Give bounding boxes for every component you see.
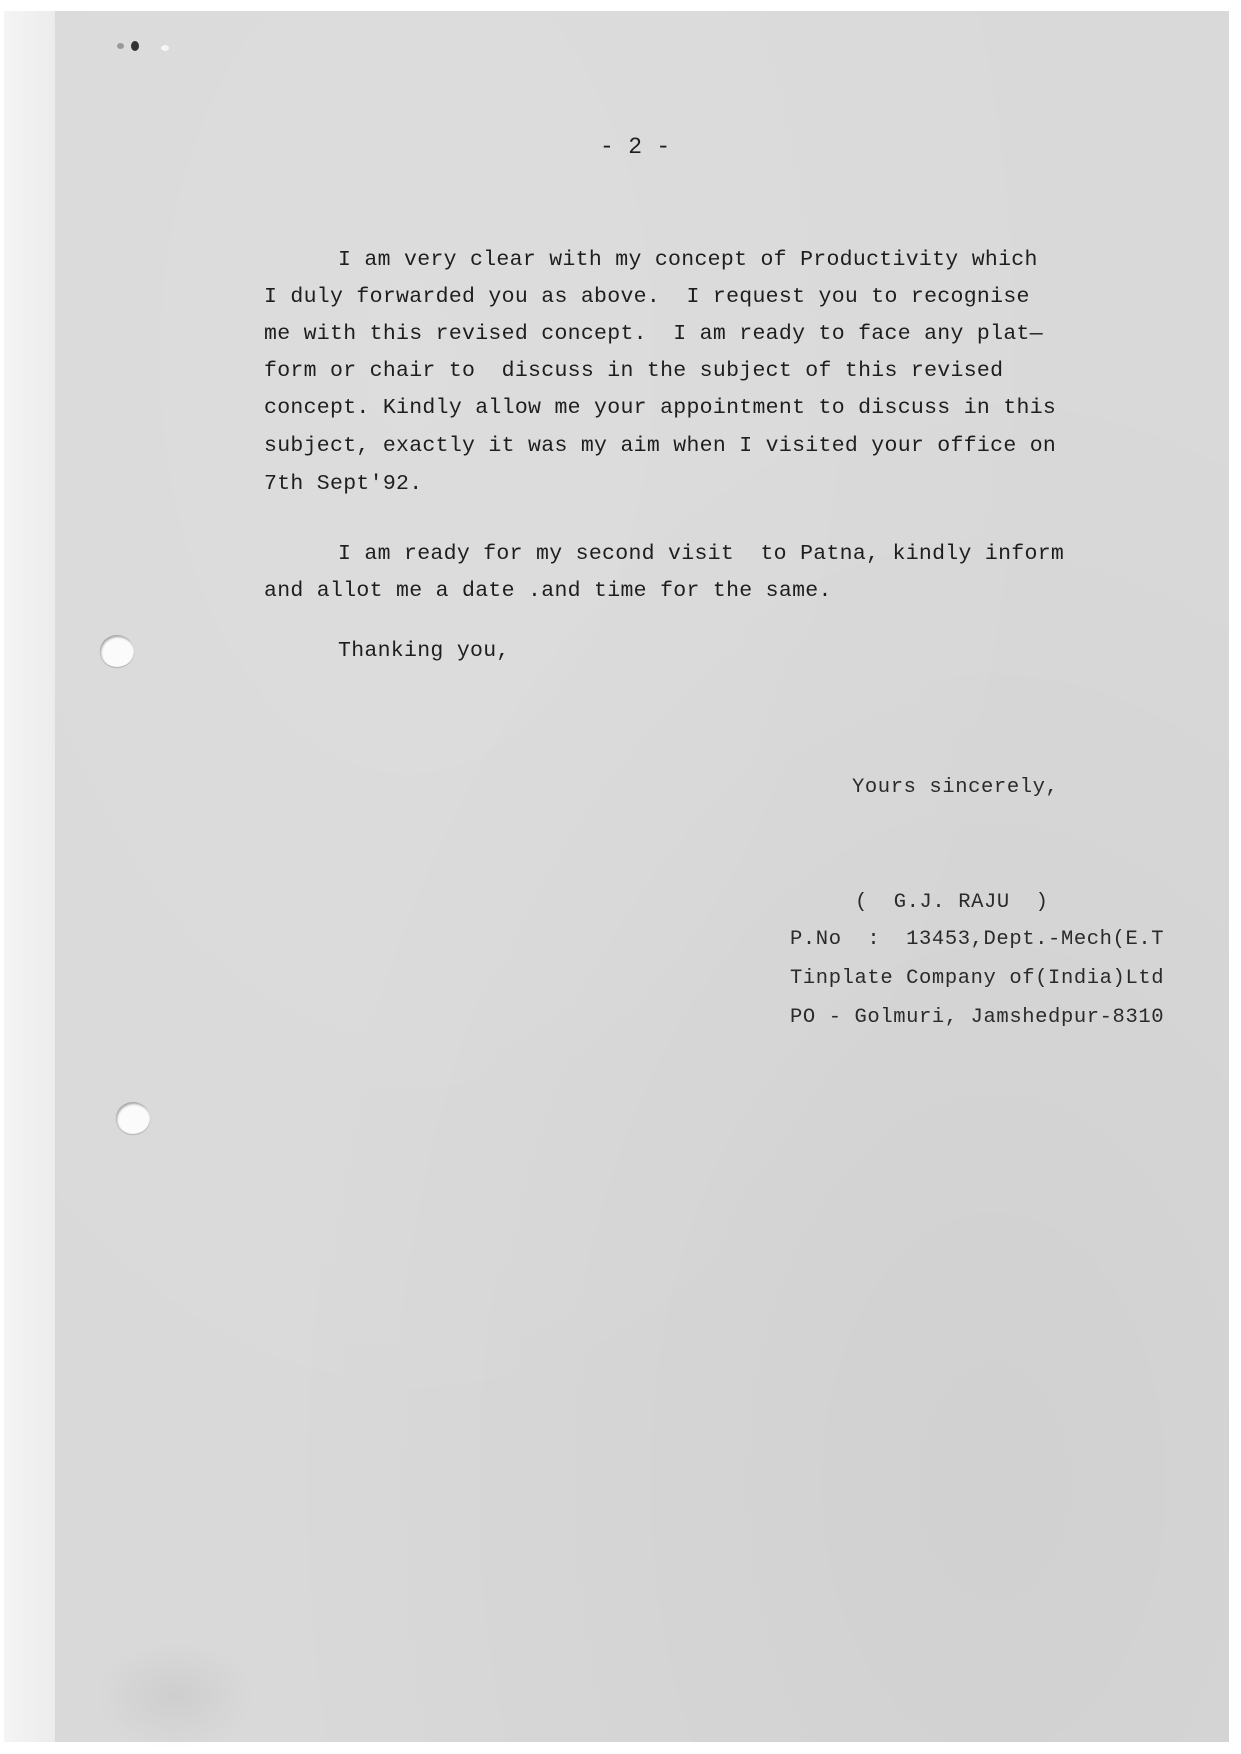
- punch-hole-top: [100, 635, 134, 667]
- page-number: - 2 -: [600, 136, 671, 159]
- staple-marks: [83, 31, 203, 61]
- paragraph-1-line: I duly forwarded you as above. I request…: [264, 287, 1030, 309]
- paragraph-1-line: form or chair to discuss in the subject …: [264, 361, 1003, 383]
- paragraph-2-line: I am ready for my second visit to Patna,…: [338, 544, 1064, 566]
- signatory-name: ( G.J. RAJU ): [855, 893, 1049, 914]
- paragraph-1-line: subject, exactly it was my aim when I vi…: [264, 436, 1056, 458]
- paragraph-1-line: 7th Sept'92.: [264, 474, 422, 496]
- thanks-line: Thanking you,: [338, 641, 510, 663]
- scan-margin: [4, 11, 56, 1742]
- punch-hole-bottom: [116, 1102, 150, 1134]
- closing: Yours sincerely,: [852, 778, 1058, 799]
- paragraph-2-line: and allot me a date .and time for the sa…: [264, 581, 832, 603]
- address-line: PO - Golmuri, Jamshedpur-8310: [790, 1008, 1164, 1029]
- address-line: P.No : 13453,Dept.-Mech(E.T: [790, 930, 1164, 951]
- paragraph-1-line: I am very clear with my concept of Produ…: [338, 250, 1038, 272]
- paper-smudge: [95, 1641, 255, 1751]
- address-line: Tinplate Company of(India)Ltd: [790, 969, 1164, 990]
- paragraph-1-line: me with this revised concept. I am ready…: [264, 324, 1043, 346]
- paragraph-1-line: concept. Kindly allow me your appointmen…: [264, 398, 1056, 420]
